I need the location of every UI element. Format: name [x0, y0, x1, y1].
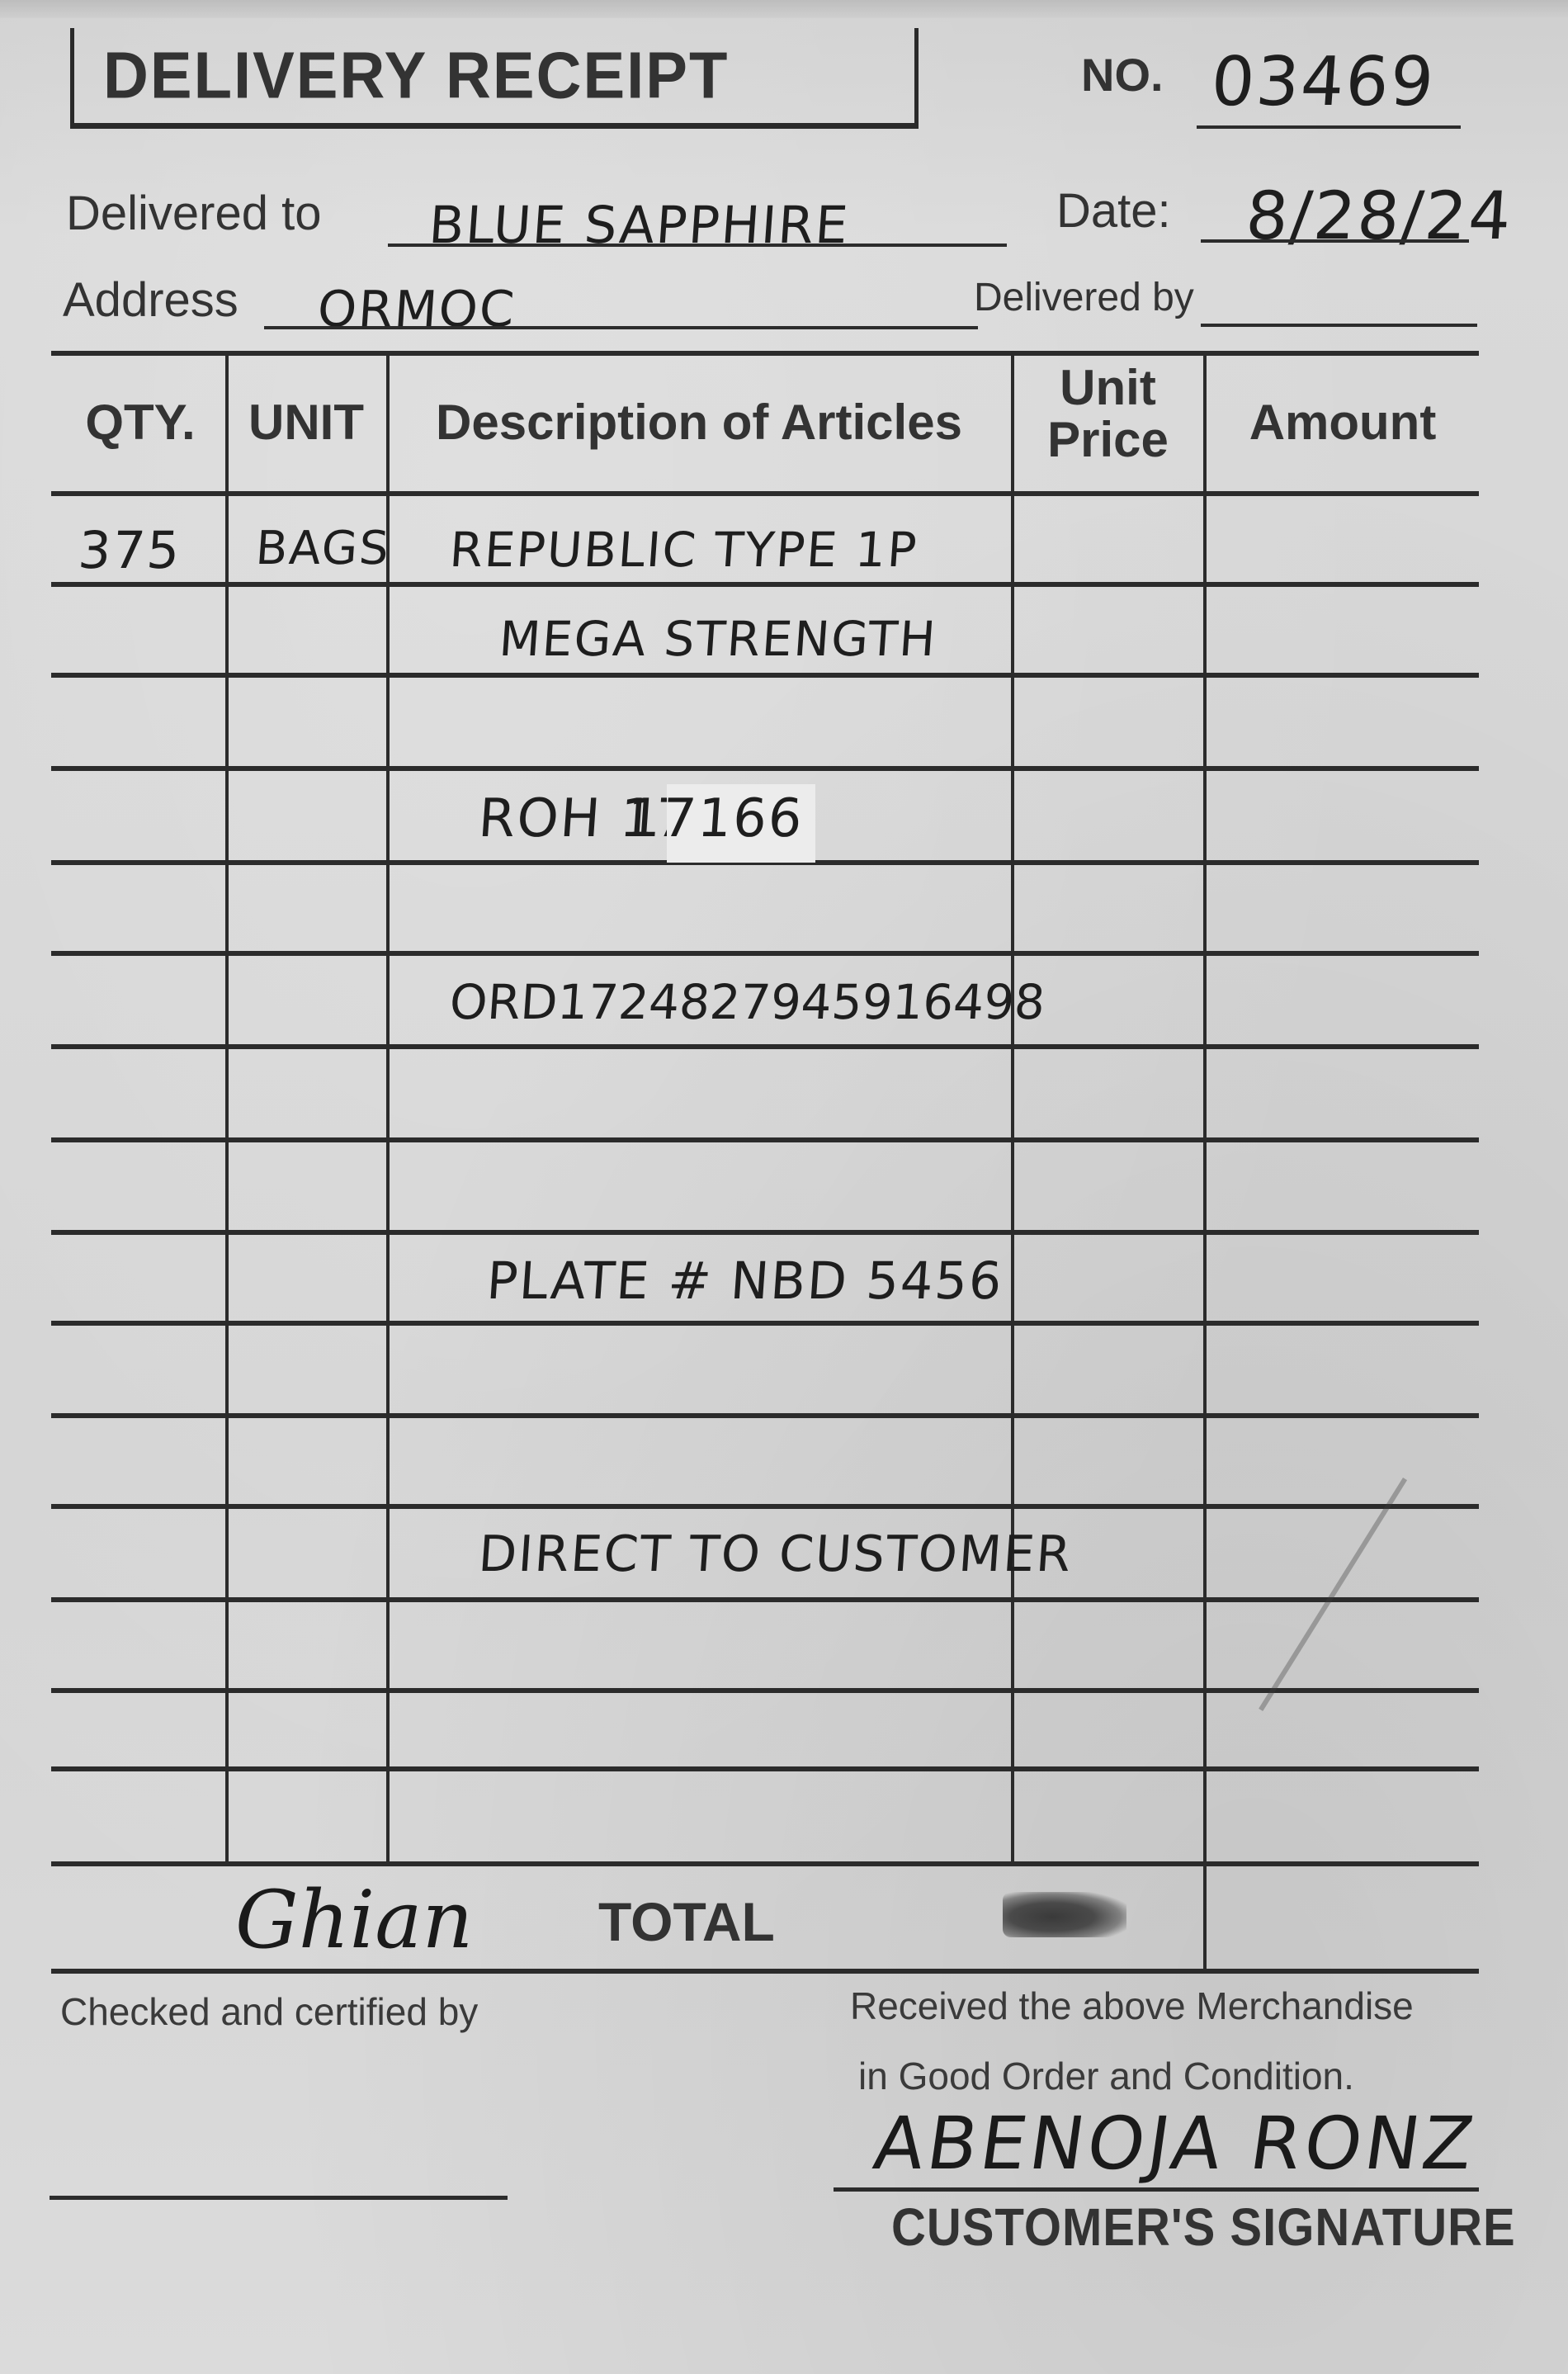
receipt-number-value: 03469: [1209, 43, 1438, 121]
row-1-qty: 375: [76, 520, 182, 580]
column-header-unit-price-line1: Unit: [1015, 362, 1201, 414]
paper-crease-mark: [1259, 1478, 1407, 1711]
column-header-unit-price: Unit Price: [1015, 362, 1201, 466]
row-divider: [51, 582, 1479, 587]
row-divider: [51, 1597, 1479, 1602]
row-4-description-corrected-digits: 17166: [625, 788, 805, 849]
column-header-amount: Amount: [1207, 396, 1479, 448]
row-12-description: DIRECT TO CUSTOMER: [477, 1525, 1074, 1583]
customer-signature: ABENOJA RONZ: [869, 2101, 1482, 2186]
customer-signature-line: [834, 2187, 1479, 2192]
address-value: ORMOC: [316, 281, 518, 338]
column-divider-qty-unit: [225, 353, 229, 1864]
row-divider: [51, 766, 1479, 771]
delivered-by-underline: [1201, 324, 1477, 327]
column-divider-unitprice-amount: [1203, 353, 1207, 1971]
column-header-unit-price-line2: Price: [1015, 414, 1201, 466]
delivered-to-underline: [388, 244, 1007, 247]
address-label: Address: [63, 272, 239, 328]
received-statement-line1: Received the above Merchandise: [850, 1984, 1414, 2028]
row-divider: [51, 1044, 1479, 1049]
total-row-bottom-border: [51, 1969, 1479, 1974]
checker-signature-line: [50, 2196, 508, 2200]
row-divider: [51, 1230, 1479, 1235]
row-divider: [51, 1766, 1479, 1771]
row-divider: [51, 673, 1479, 678]
row-divider: [51, 951, 1479, 956]
row-divider: [51, 1137, 1479, 1142]
received-statement-line2: in Good Order and Condition.: [858, 2054, 1354, 2098]
delivered-by-label: Delivered by: [974, 275, 1194, 320]
total-label: TOTAL: [598, 1890, 775, 1953]
ink-smudge: [1003, 1892, 1126, 1937]
column-divider-unit-description: [386, 353, 390, 1864]
table-header-bottom-border: [51, 491, 1479, 496]
scan-top-edge: [0, 0, 1568, 18]
column-header-unit: UNIT: [228, 396, 385, 448]
table-top-border: [51, 351, 1479, 356]
row-6-description: ORD1724827945916498: [448, 974, 1047, 1030]
document-title: DELIVERY RECEIPT: [103, 38, 729, 113]
date-underline: [1201, 239, 1469, 243]
row-1-description: REPUBLIC TYPE 1P: [448, 522, 920, 578]
receipt-number-underline: [1197, 125, 1461, 129]
row-divider: [51, 1321, 1479, 1326]
row-divider: [51, 1688, 1479, 1693]
row-1-unit: BAGS: [254, 522, 392, 575]
row-divider: [51, 1413, 1479, 1418]
checker-signature: Ghian: [235, 1874, 473, 1966]
row-2-description: MEGA STRENGTH: [498, 611, 939, 667]
column-header-qty: QTY.: [58, 396, 223, 448]
column-header-description: Description of Articles: [390, 396, 1008, 448]
customer-signature-label: CUSTOMER'S SIGNATURE: [891, 2197, 1516, 2258]
address-underline: [264, 326, 978, 329]
delivered-to-label: Delivered to: [66, 186, 321, 241]
table-body-bottom-border: [51, 1861, 1479, 1866]
date-label: Date:: [1056, 183, 1171, 239]
row-divider: [51, 1504, 1479, 1509]
date-value: 8/28/24: [1244, 177, 1515, 254]
row-9-description: PLATE # NBD 5456: [484, 1251, 1005, 1311]
receipt-number-label: NO.: [1081, 48, 1164, 102]
checked-certified-label: Checked and certified by: [60, 1989, 478, 2034]
column-divider-description-unitprice: [1011, 353, 1014, 1864]
